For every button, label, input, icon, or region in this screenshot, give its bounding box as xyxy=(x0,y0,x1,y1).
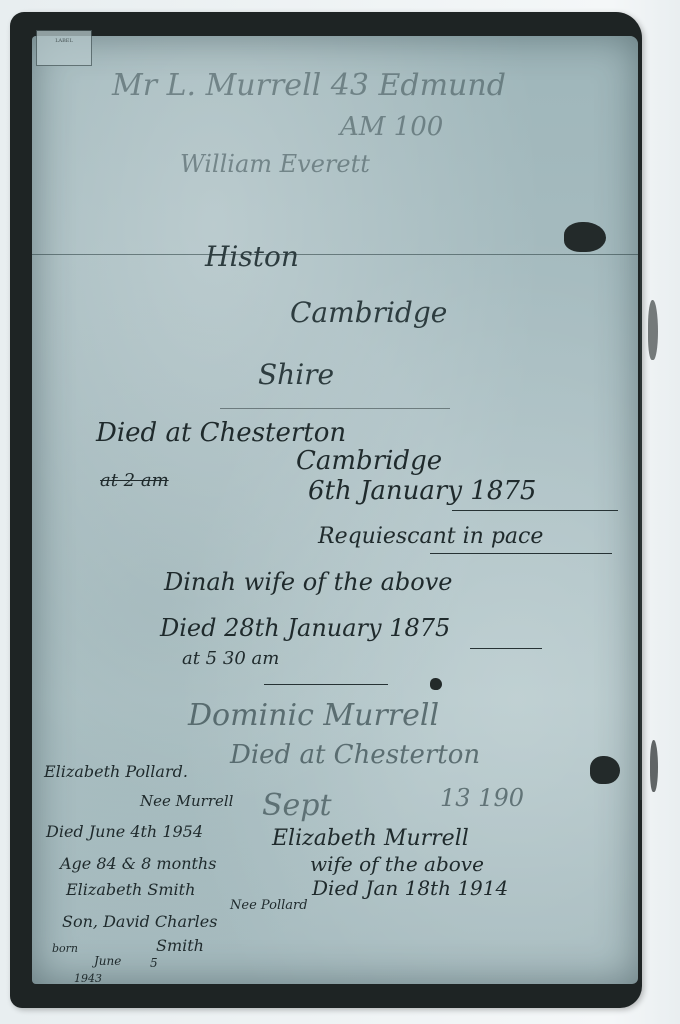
damage-blot xyxy=(650,740,658,792)
entry1-date: 6th January 1875 xyxy=(308,476,536,506)
page-edge xyxy=(640,170,648,800)
damage-blot xyxy=(564,222,606,252)
entry2-line2: Died 28th January 1875 xyxy=(160,614,450,642)
page-fold-line xyxy=(32,254,638,255)
entry1-time-struck: at 2 am xyxy=(100,470,169,491)
entry5-son: Son, David Charles xyxy=(62,912,217,931)
entry5-daughter: Elizabeth Smith xyxy=(66,880,195,899)
entry3-name: Dominic Murrell xyxy=(188,698,439,733)
entry5-son-surname: Smith xyxy=(156,936,204,955)
underline xyxy=(452,510,618,511)
damage-blot xyxy=(430,678,442,690)
faint-header-line-2: AM 100 xyxy=(340,112,443,142)
entry5-born-label: born xyxy=(52,942,78,955)
place-line-cambridge: Cambridge xyxy=(290,296,447,329)
entry5-born-day: 5 xyxy=(150,956,158,970)
faint-header-line-3: William Everett xyxy=(180,150,370,178)
entry5-died: Died June 4th 1954 xyxy=(46,822,203,841)
damage-blot xyxy=(590,756,620,784)
entry2-line3: at 5 30 am xyxy=(182,648,279,669)
entry5-daughter-nee: Nee Pollard xyxy=(230,898,308,913)
entry2-line1: Dinah wife of the above xyxy=(164,568,452,596)
entry4-name: Elizabeth Murrell xyxy=(272,826,469,851)
entry5-born-year: 1943 xyxy=(74,972,102,985)
entry5-nee: Nee Murrell xyxy=(140,792,233,810)
entry5-born-month: June xyxy=(94,954,121,968)
entry1-died-at: Died at Chesterton xyxy=(96,418,346,448)
underline xyxy=(470,648,542,649)
damage-blot xyxy=(648,300,658,360)
underline xyxy=(220,408,450,409)
entry5-age: Age 84 & 8 months xyxy=(60,854,216,873)
entry1-epitaph: Requiescant in pace xyxy=(318,524,543,549)
underline xyxy=(430,553,612,554)
underline xyxy=(264,684,388,685)
entry5-name: Elizabeth Pollard. xyxy=(44,762,188,781)
faint-header-line-1: Mr L. Murrell 43 Edmund xyxy=(112,68,506,103)
book-label-sticker: LABEL xyxy=(36,30,92,66)
place-line-histon: Histon xyxy=(205,240,299,273)
entry4-died: Died Jan 18th 1914 xyxy=(312,876,508,900)
entry1-town: Cambridge xyxy=(296,446,442,476)
entry3-date-month: Sept xyxy=(262,788,332,823)
place-line-shire: Shire xyxy=(258,358,334,391)
entry3-date-rest: 13 190 xyxy=(440,784,524,812)
entry4-relation: wife of the above xyxy=(310,852,484,876)
entry3-died-at: Died at Chesterton xyxy=(230,740,480,770)
